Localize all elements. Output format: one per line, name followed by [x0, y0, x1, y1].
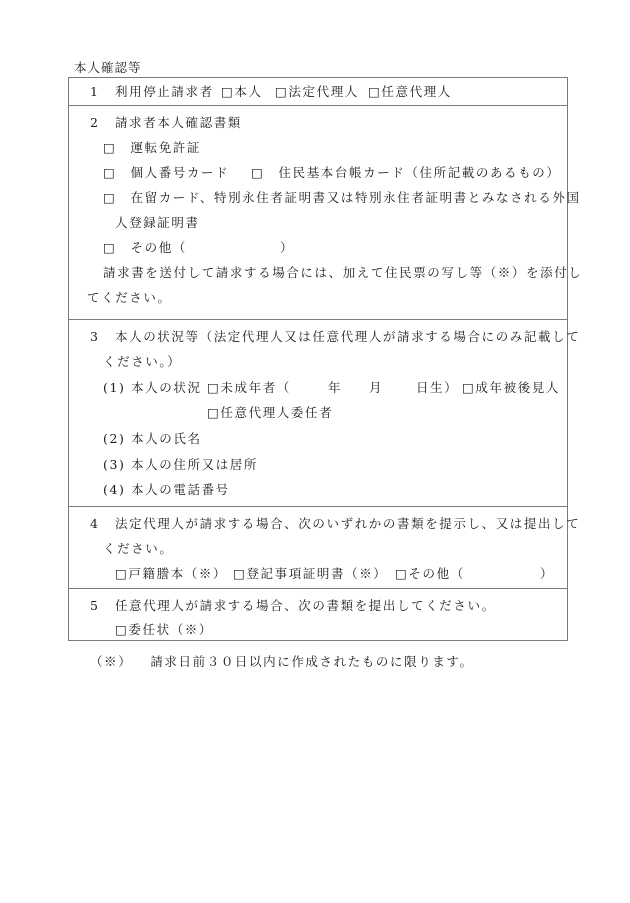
mail-notice-continued: てください。 [87, 291, 172, 305]
principal-phone-label: (4) 本人の電話番号 [103, 483, 230, 497]
section-title: 法定代理人が請求する場合、次のいずれかの書類を提示し、又は提出して [115, 517, 580, 531]
other-close-paren: ） [540, 567, 554, 581]
footnote-mark: （※） [90, 654, 132, 669]
section-number: 5 [90, 599, 100, 613]
checkbox-other-document[interactable]: □ その他（ [103, 241, 187, 255]
principal-address-label: (3) 本人の住所又は居所 [103, 458, 258, 472]
checkbox-self[interactable]: □本人 [221, 85, 263, 99]
footnote-text: 請求日前３０日以内に作成されたものに限ります。 [150, 654, 473, 669]
birth-year-label: 年 [328, 381, 342, 395]
section-number: 1 [90, 85, 100, 99]
checkbox-family-register[interactable]: □戸籍謄本（※） [115, 567, 227, 581]
section-title: 本人の状況等（法定代理人又は任意代理人が請求する場合にのみ記載して [115, 330, 580, 344]
checkbox-drivers-license[interactable]: □ 運転免許証 [103, 141, 201, 155]
mail-notice: 請求書を送付して請求する場合には、加えて住民票の写し等（※）を添付し [103, 266, 582, 280]
checkbox-minor[interactable]: □未成年者（ [207, 381, 291, 395]
section-number: 4 [90, 517, 100, 531]
checkbox-other-document[interactable]: □その他（ [395, 567, 465, 581]
section-title-continued: ください。） [103, 355, 181, 369]
section-number: 2 [90, 116, 100, 130]
checkbox-voluntary-representative[interactable]: □任意代理人 [368, 85, 452, 99]
birth-day-label: 日生） [416, 381, 458, 395]
section-id-documents: 2 請求者本人確認書類 □ 運転免許証 □ 個人番号カード □ 住民基本台帳カー… [69, 105, 567, 319]
principal-name-label: (2) 本人の氏名 [103, 432, 202, 446]
status-label: (1) 本人の状況 [103, 381, 202, 395]
page-heading: 本人確認等 [74, 58, 142, 76]
section-legal-representative-docs: 4 法定代理人が請求する場合、次のいずれかの書類を提示し、又は提出して ください… [69, 506, 567, 588]
checkbox-voluntary-appointer[interactable]: □任意代理人委任者 [207, 406, 333, 420]
checkbox-resident-register-card[interactable]: □ 住民基本台帳カード（住所記載のあるもの） [251, 166, 561, 180]
other-close-paren: ） [280, 241, 294, 255]
section-requester-type: 1 利用停止請求者 □本人 □法定代理人 □任意代理人 [69, 78, 567, 105]
section-number: 3 [90, 330, 100, 344]
section-title: 請求者本人確認書類 [115, 116, 242, 130]
checkbox-registry-certificate[interactable]: □登記事項証明書（※） [233, 567, 387, 581]
residence-card-continued: 人登録証明書 [115, 216, 200, 230]
section-title: 利用停止請求者 [115, 85, 214, 99]
checkbox-power-of-attorney[interactable]: □委任状（※） [115, 623, 213, 637]
birth-month-label: 月 [369, 381, 383, 395]
checkbox-mynumber-card[interactable]: □ 個人番号カード [103, 166, 229, 180]
footnote: （※）請求日前３０日以内に作成されたものに限ります。 [90, 652, 474, 670]
section-principal-status: 3 本人の状況等（法定代理人又は任意代理人が請求する場合にのみ記載して ください… [69, 319, 567, 506]
section-title-continued: ください。 [103, 542, 174, 556]
checkbox-residence-card[interactable]: □ 在留カード、特別永住者証明書又は特別永住者証明書とみなされる外国 [103, 191, 581, 205]
checkbox-adult-ward[interactable]: □成年被後見人 [462, 381, 560, 395]
identity-verification-table: 1 利用停止請求者 □本人 □法定代理人 □任意代理人 2 請求者本人確認書類 … [68, 77, 568, 641]
section-title: 任意代理人が請求する場合、次の書類を提出してください。 [115, 599, 496, 613]
checkbox-legal-representative[interactable]: □法定代理人 [275, 85, 359, 99]
section-voluntary-representative-docs: 5 任意代理人が請求する場合、次の書類を提出してください。 □委任状（※） [69, 588, 567, 640]
